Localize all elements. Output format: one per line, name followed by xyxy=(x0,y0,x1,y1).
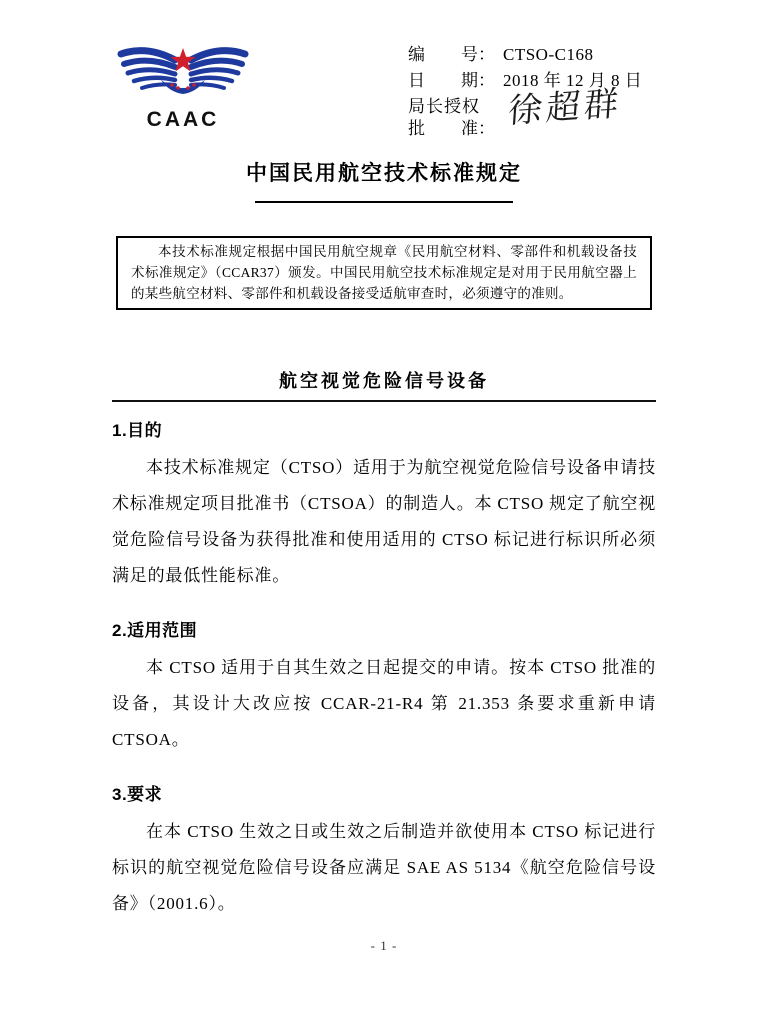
doc-number-label-char: 编 xyxy=(408,46,425,63)
subject-underline xyxy=(112,400,656,402)
crest-dot xyxy=(192,83,195,86)
section-paragraph: 本 CTSO 适用于自其生效之日起提交的申请。按本 CTSO 批准的设备，其设计… xyxy=(112,650,656,758)
section-requirements: 3.要求 在本 CTSO 生效之日或生效之后制造并欲使用本 CTSO 标记进行标… xyxy=(112,784,656,922)
approval-label-char: 批 xyxy=(408,120,425,137)
date-label: 日 期 xyxy=(408,72,478,89)
doc-number-value: CTSO-C168 xyxy=(503,46,593,63)
header-meta: 编 号 ： CTSO-C168 日 期 ： 2018 年 12 月 8 日 局长… xyxy=(408,46,668,142)
approval-label-char: 准 xyxy=(461,120,478,137)
caac-logo-text: CAAC xyxy=(114,108,252,132)
crest-dot xyxy=(186,86,189,89)
authorization-label: 局长授权 xyxy=(408,98,480,115)
date-label-char: 日 xyxy=(408,72,425,89)
section-purpose: 1.目的 本技术标准规定（CTSO）适用于为航空视觉危险信号设备申请技术标准规定… xyxy=(112,420,656,594)
notice-text: 本技术标准规定根据中国民用航空规章《民用航空材料、零部件和机载设备技术标准规定》… xyxy=(131,241,637,304)
document-title: 中国民用航空技术标准规定 xyxy=(112,160,656,188)
doc-number-label-char: 号 xyxy=(461,46,478,63)
subject-title: 航空视觉危险信号设备 xyxy=(112,368,656,394)
section-paragraph: 本技术标准规定（CTSO）适用于为航空视觉危险信号设备申请技术标准规定项目批准书… xyxy=(112,450,656,594)
date-colon: ： xyxy=(478,72,495,89)
section-heading: 3.要求 xyxy=(112,784,656,806)
crest-dot xyxy=(176,86,179,89)
approval-colon: ： xyxy=(478,120,495,137)
section-heading: 1.目的 xyxy=(112,420,656,442)
document-page: CAAC 编 号 ： CTSO-C168 日 期 ： 2018 年 12 月 8… xyxy=(0,0,768,1024)
section-paragraph: 在本 CTSO 生效之日或生效之后制造并欲使用本 CTSO 标记进行标识的航空视… xyxy=(112,814,656,922)
caac-logo: CAAC xyxy=(114,44,252,132)
approval-label: 批 准 xyxy=(408,120,478,137)
wing-crest-shape xyxy=(161,80,205,94)
caac-wings-icon xyxy=(117,44,249,102)
doc-number-row: 编 号 ： CTSO-C168 xyxy=(408,46,668,72)
title-underline xyxy=(255,201,513,203)
doc-number-colon: ： xyxy=(478,46,495,63)
crest-dot xyxy=(170,83,173,86)
notice-box: 本技术标准规定根据中国民用航空规章《民用航空材料、零部件和机载设备技术标准规定》… xyxy=(116,236,652,310)
section-heading: 2.适用范围 xyxy=(112,620,656,642)
date-label-char: 期 xyxy=(461,72,478,89)
section-applicability: 2.适用范围 本 CTSO 适用于自其生效之日起提交的申请。按本 CTSO 批准… xyxy=(112,620,656,758)
doc-number-label: 编 号 xyxy=(408,46,478,63)
page-number: - 1 - xyxy=(0,938,768,954)
